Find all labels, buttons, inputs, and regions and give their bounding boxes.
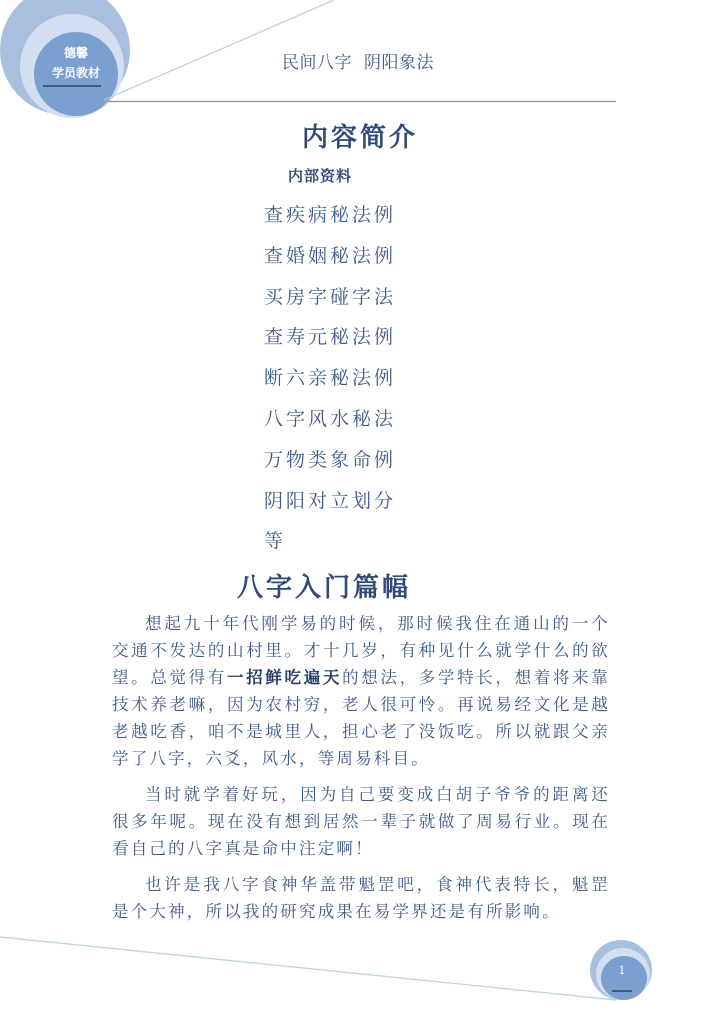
contents-item: 等 xyxy=(264,526,396,567)
badge-subtitle: 学员教材 xyxy=(38,64,114,81)
badge-brand: 德馨 xyxy=(38,44,114,61)
contents-item: 查婚姻秘法例 xyxy=(264,241,396,282)
contents-item: 阴阳对立划分 xyxy=(264,486,396,527)
body-text: 想起九十年代刚学易的时候，那时候我住在通山的一个交通不发达的山村里。才十几岁，有… xyxy=(112,610,610,934)
contents-item: 断六亲秘法例 xyxy=(264,363,396,404)
header-title-part1: 民间八字 xyxy=(282,53,352,73)
paragraph-3: 也许是我八字食神华盖带魁罡吧，食神代表特长，魁罡是个大神，所以我的研究成果在易学… xyxy=(112,871,610,925)
running-header: 民间八字阴阳象法 xyxy=(282,48,434,73)
intro-title: 内容简介 xyxy=(0,117,722,154)
contents-item: 买房字碰字法 xyxy=(264,282,396,323)
contents-list: 查疾病秘法例 查婚姻秘法例 买房字碰字法 查寿元秘法例 断六亲秘法例 八字风水秘… xyxy=(264,200,396,567)
page-number: 1 xyxy=(612,964,632,977)
header-title-part2: 阴阳象法 xyxy=(364,53,434,73)
contents-item: 万物类象命例 xyxy=(264,445,396,486)
section-title: 八字入门篇幅 xyxy=(0,567,686,604)
contents-item: 八字风水秘法 xyxy=(264,404,396,445)
paragraph-2: 当时就学着好玩，因为自己要变成白胡子爷爷的距离还很多年呢。现在没有想到居然一辈子… xyxy=(112,781,610,862)
contents-item: 查寿元秘法例 xyxy=(264,322,396,363)
paragraph-1: 想起九十年代刚学易的时候，那时候我住在通山的一个交通不发达的山村里。才十几岁，有… xyxy=(112,610,610,772)
contents-item: 查疾病秘法例 xyxy=(264,200,396,241)
emphasis-phrase: 一招鲜吃遍天 xyxy=(227,668,342,687)
intro-subtitle: 内部资料 xyxy=(288,165,352,186)
